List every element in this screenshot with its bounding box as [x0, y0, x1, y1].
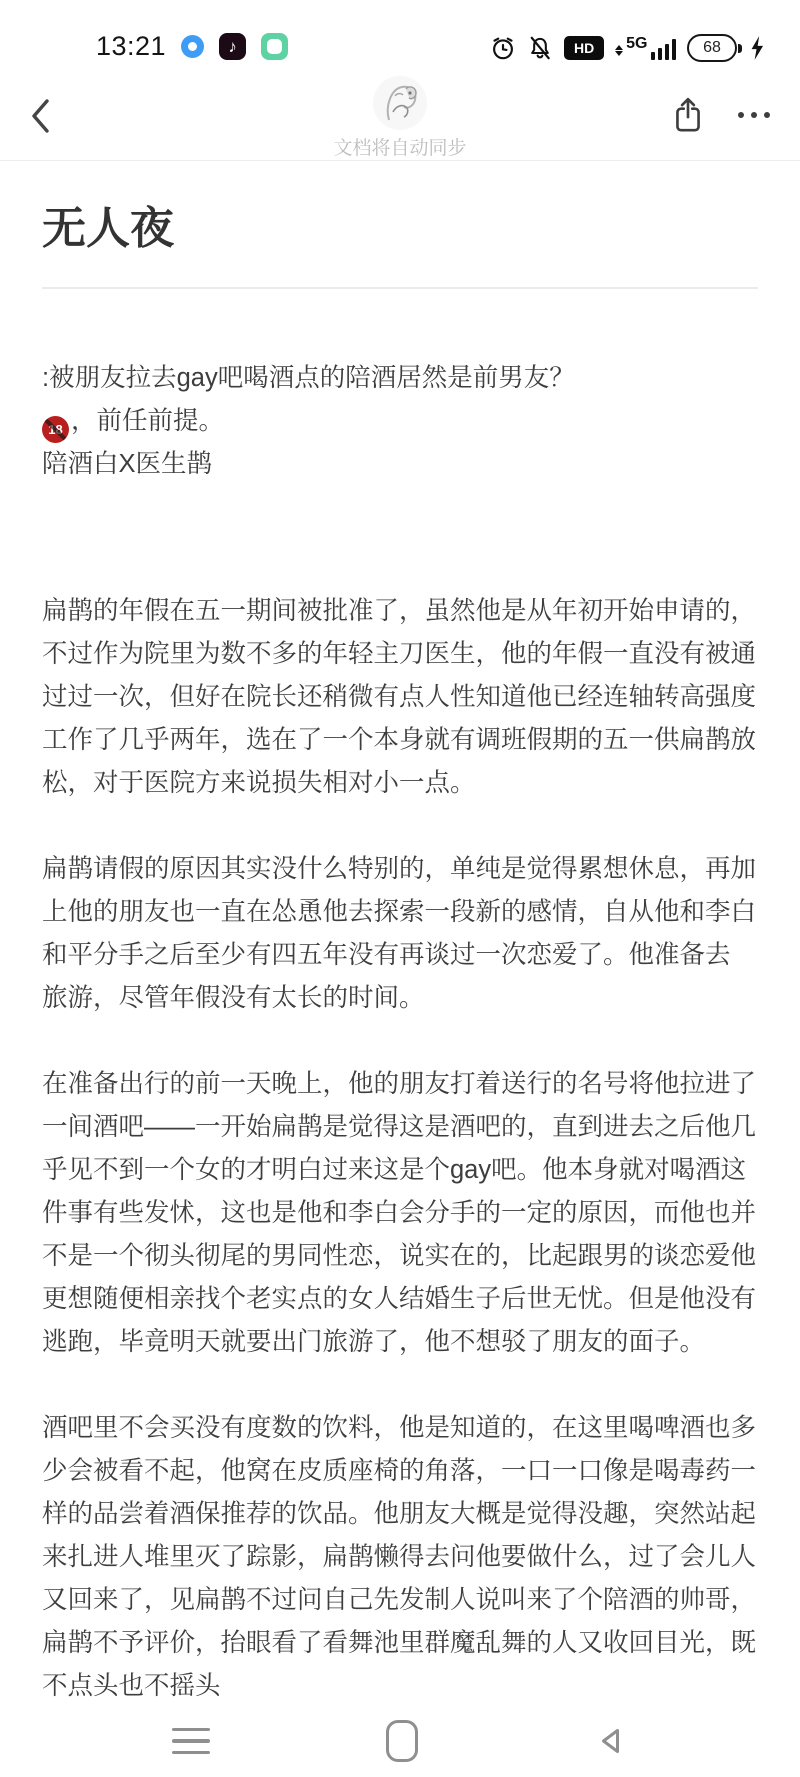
home-button[interactable]: [386, 1720, 418, 1762]
paragraph: 扁鹊的年假在五一期间被批准了，虽然他是从年初开始申请的，不过作为院里为数不多的年…: [42, 590, 758, 805]
alarm-clock-icon: [490, 35, 516, 61]
text-line: 旅游，尽管年假没有太长的时间。: [42, 977, 758, 1020]
document-thumbnail: [373, 76, 427, 130]
text-line: 和平分手之后至少有四五年没有再谈过一次恋爱了。他准备去: [42, 934, 758, 977]
more-options-button[interactable]: [738, 96, 770, 134]
r18-icon: 18: [42, 416, 69, 443]
paragraph: 在准备出行的前一天晚上，他的朋友打着送行的名号将他拉进了一间酒吧——一开始扁鹊是…: [42, 1063, 758, 1364]
nav-right-actions: [672, 96, 770, 134]
text-line: 松，对于医院方来说损失相对小一点。: [42, 762, 758, 805]
text-line: 扁鹊的年假在五一期间被批准了，虽然他是从年初开始申请的，: [42, 590, 758, 633]
text-line: 更想随便相亲找个老实点的女人结婚生子后世无忧。但是他没有: [42, 1278, 758, 1321]
status-bar: 13:21 ♪ HD 5G 68: [0, 0, 800, 70]
network-signal: 5G: [615, 36, 676, 60]
text-line: 一间酒吧——一开始扁鹊是觉得这是酒吧的，直到进去之后他几: [42, 1106, 758, 1149]
text-line: 样的品尝着酒保推荐的饮品。他朋友大概是觉得没趣，突然站起: [42, 1493, 758, 1536]
clock-time: 13:21: [96, 31, 166, 62]
document-content[interactable]: 无人夜 :被朋友拉去gay吧喝酒点的陪酒居然是前男友？ 18，前任前提。 陪酒白…: [0, 161, 800, 1708]
charging-bolt-icon: [748, 35, 766, 61]
data-arrows-icon: [615, 45, 623, 56]
share-button[interactable]: [672, 96, 704, 134]
sync-status-text: 文档将自动同步: [333, 133, 466, 160]
paragraph: 扁鹊请假的原因其实没什么特别的，单纯是觉得累想休息，再加上他的朋友也一直在怂恿他…: [42, 848, 758, 1020]
sketch-avatar-icon: [373, 76, 427, 130]
summary-line-2: 18，前任前提。: [42, 400, 758, 443]
bell-muted-icon: [527, 35, 553, 61]
status-left: 13:21 ♪: [96, 31, 288, 62]
text-line: 乎见不到一个女的才明白过来这是个gay吧。他本身就对喝酒这: [42, 1149, 758, 1192]
top-navigation-bar: 文档将自动同步: [0, 70, 800, 161]
paragraph: 酒吧里不会买没有度数的饮料，他是知道的，在这里喝啤酒也多少会被看不起，他窝在皮质…: [42, 1407, 758, 1708]
green-square-app-icon: [261, 33, 288, 60]
recents-button[interactable]: [172, 1728, 210, 1755]
text-line: 逃跑，毕竟明天就要出门旅游了，他不想驳了朋友的面子。: [42, 1321, 758, 1364]
tiktok-app-icon: ♪: [219, 33, 246, 60]
document-title: 无人夜: [42, 201, 758, 257]
back-triangle-button[interactable]: [594, 1724, 628, 1758]
text-line: 上他的朋友也一直在怂恿他去探索一段新的感情，自从他和李白: [42, 891, 758, 934]
text-line: 扁鹊请假的原因其实没什么特别的，单纯是觉得累想休息，再加: [42, 848, 758, 891]
text-line: 件事有些发怵，这也是他和李白会分手的一定的原因，而他也并: [42, 1192, 758, 1235]
title-divider: [42, 287, 758, 289]
text-line: 来扎进人堆里灭了踪影，扁鹊懒得去问他要做什么，过了会儿人: [42, 1536, 758, 1579]
battery-indicator: 68: [687, 34, 737, 62]
summary-line-2-text: ，前任前提。: [71, 407, 224, 435]
text-line: 少会被看不起，他窝在皮质座椅的角落，一口一口像是喝毒药一: [42, 1450, 758, 1493]
text-line: 不是一个彻头彻尾的男同性恋，说实在的，比起跟男的谈恋爱他: [42, 1235, 758, 1278]
signal-bars-icon: [651, 39, 677, 60]
battery-percent: 68: [703, 39, 721, 57]
text-line: 在准备出行的前一天晚上，他的朋友打着送行的名号将他拉进了: [42, 1063, 758, 1106]
text-line: 扁鹊不予评价，抬眼看了看舞池里群魔乱舞的人又收回目光，既: [42, 1622, 758, 1665]
music-note-icon: ♪: [228, 37, 237, 57]
summary-line-1: :被朋友拉去gay吧喝酒点的陪酒居然是前男友？: [42, 357, 758, 400]
blue-dot-app-icon: [181, 35, 204, 58]
text-line: 酒吧里不会买没有度数的饮料，他是知道的，在这里喝啤酒也多: [42, 1407, 758, 1450]
summary-line-3: 陪酒白X医生鹊: [42, 443, 758, 486]
text-line: 不过作为院里为数不多的年轻主刀医生，他的年假一直没有被通: [42, 633, 758, 676]
text-line: 过过一次，但好在院长还稍微有点人性知道他已经连轴转高强度: [42, 676, 758, 719]
text-line: 工作了几乎两年，选在了一个本身就有调班假期的五一供扁鹊放: [42, 719, 758, 762]
network-type-label: 5G: [626, 36, 647, 52]
hd-volte-badge: HD: [564, 36, 604, 60]
text-line: 不点头也不摇头: [42, 1665, 758, 1708]
summary-block: :被朋友拉去gay吧喝酒点的陪酒居然是前男友？ 18，前任前提。 陪酒白X医生鹊: [42, 357, 758, 486]
text-line: 又回来了，见扁鹊不过问自己先发制人说叫来了个陪酒的帅哥，: [42, 1579, 758, 1622]
system-navigation-bar: [0, 1705, 800, 1777]
status-right: HD 5G 68: [490, 34, 766, 62]
